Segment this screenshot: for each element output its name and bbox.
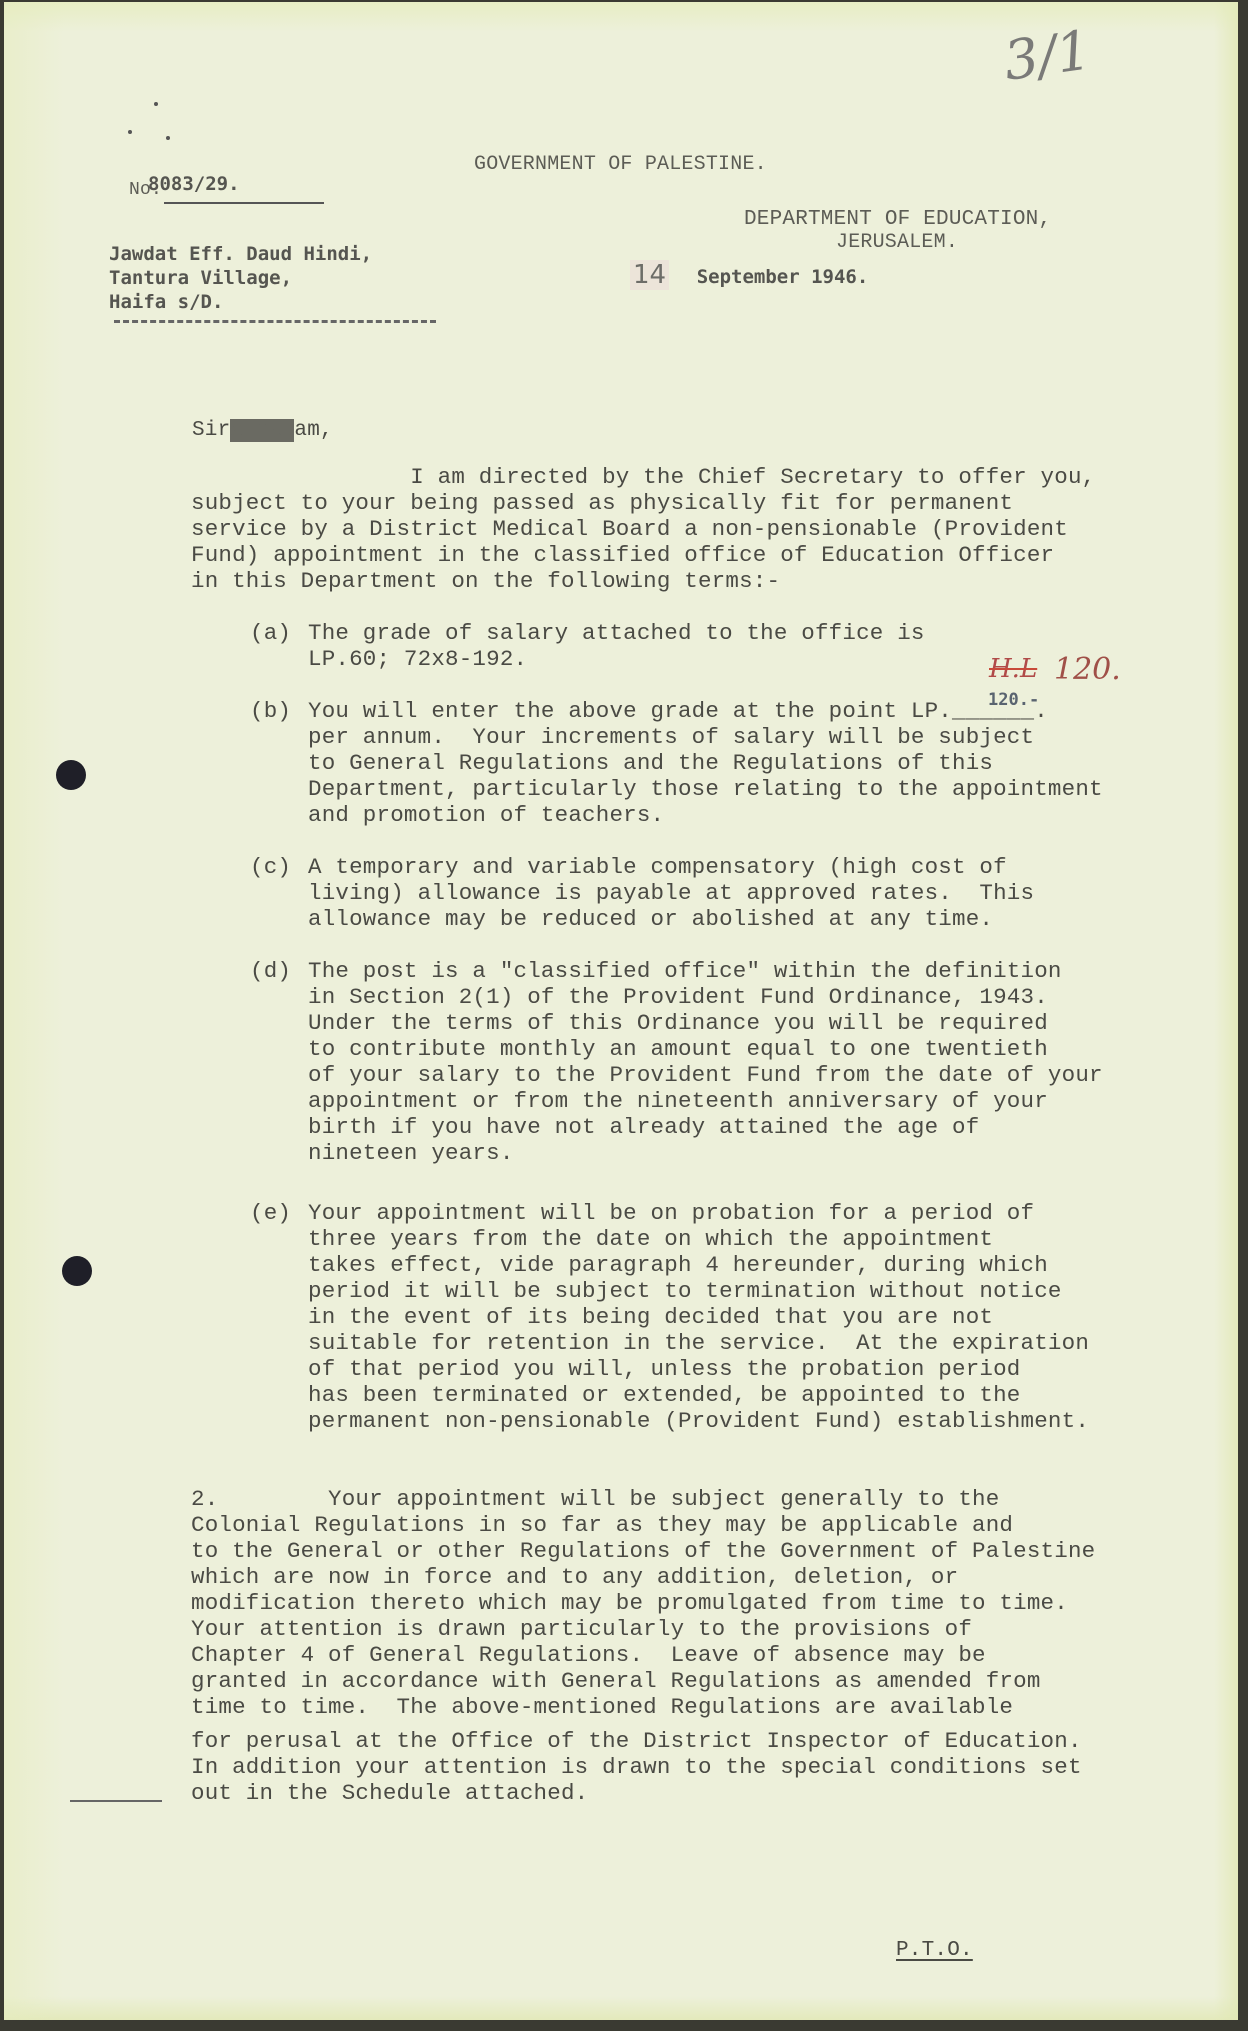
salutation-suffix: am, [294, 419, 332, 442]
term-c: (c) A temporary and variable compensator… [250, 854, 1034, 932]
salutation-prefix: Sir [192, 419, 230, 442]
government-heading: GOVERNMENT OF PALESTINE. [474, 152, 767, 178]
salutation-struck: x Mad [230, 419, 294, 442]
term-e: (e) Your appointment will be on probatio… [250, 1200, 1089, 1434]
term-label: (e) [250, 1200, 291, 1226]
section-line: out in the Schedule attached. [191, 1780, 1095, 1806]
section-line: Your attention is drawn particularly to … [191, 1616, 1095, 1642]
term-label: (d) [250, 958, 291, 984]
section-line: Chapter 4 of General Regulations. Leave … [191, 1642, 1095, 1668]
intro-line: service by a District Medical Board a no… [191, 516, 1095, 542]
sender-city: JERUSALEM. [836, 230, 958, 256]
folio-mark: 3/1 [1000, 18, 1095, 92]
section-line: to the General or other Regulations of t… [191, 1538, 1095, 1564]
term-line: Under the terms of this Ordinance you wi… [308, 1010, 1103, 1036]
term-line: in the event of its being decided that y… [308, 1304, 1089, 1330]
margin-rule [70, 1800, 162, 1802]
intro-line: subject to your being passed as physical… [191, 490, 1095, 516]
term-line: living) allowance is payable at approved… [308, 880, 1034, 906]
ink-speck [128, 130, 132, 134]
letter-page: 3/1 GOVERNMENT OF PALESTINE. No.8083/29.… [4, 2, 1238, 2020]
section-line: In addition your attention is drawn to t… [191, 1754, 1095, 1780]
term-d: (d) The post is a "classified office" wi… [250, 958, 1103, 1166]
reference-underline [164, 202, 324, 204]
term-line: per annum. Your increments of salary wil… [308, 724, 1103, 750]
term-line: and promotion of teachers. [308, 802, 1103, 828]
ink-speck [166, 136, 170, 140]
section-line: Your appointment will be subject general… [191, 1486, 1095, 1512]
section-2: 2. Your appointment will be subject gene… [191, 1486, 1095, 1806]
ink-speck [154, 102, 158, 106]
section-line: for perusal at the Office of the Distric… [191, 1728, 1095, 1754]
section-line: which are now in force and to any additi… [191, 1564, 1095, 1590]
term-line: to General Regulations and the Regulatio… [308, 750, 1103, 776]
term-line: nineteen years. [308, 1140, 1103, 1166]
term-label: (a) [250, 620, 291, 646]
term-line: The grade of salary attached to the offi… [308, 620, 925, 646]
term-line: A temporary and variable compensatory (h… [308, 854, 1034, 880]
addressee-underline [114, 320, 436, 323]
section-number: 2. [191, 1486, 218, 1512]
term-line: birth if you have not already attained t… [308, 1114, 1103, 1140]
term-label: (b) [250, 698, 291, 724]
punch-hole-lower [62, 1256, 92, 1286]
term-label: (c) [250, 854, 291, 880]
amendment-value: 120. [1054, 652, 1121, 687]
amendment-struck-value: H.L [989, 654, 1037, 684]
reference-value: 8083/29. [148, 173, 240, 195]
date-line: 14 September 1946. [630, 260, 868, 290]
salutation: Sirx Madam, [192, 418, 333, 444]
term-line: suitable for retention in the service. A… [308, 1330, 1089, 1356]
punch-hole-upper [56, 760, 86, 790]
intro-line: Fund) appointment in the classified offi… [191, 542, 1095, 568]
term-b: (b) You will enter the above grade at th… [250, 698, 1103, 828]
intro-paragraph: I am directed by the Chief Secretary to … [191, 464, 1095, 594]
term-line: The post is a "classified office" within… [308, 958, 1103, 984]
term-line: to contribute monthly an amount equal to… [308, 1036, 1103, 1062]
addressee-line: Jawdat Eff. Daud Hindi, [109, 242, 372, 266]
term-line: permanent non-pensionable (Provident Fun… [308, 1408, 1089, 1434]
term-line: You will enter the above grade at the po… [308, 698, 1103, 724]
term-line: Department, particularly those relating … [308, 776, 1103, 802]
term-line: allowance may be reduced or abolished at… [308, 906, 1034, 932]
section-line: Colonial Regulations in so far as they m… [191, 1512, 1095, 1538]
term-line: has been terminated or extended, be appo… [308, 1382, 1089, 1408]
term-line: takes effect, vide paragraph 4 hereunder… [308, 1252, 1089, 1278]
pto-footer: P.T.O. [896, 1938, 973, 1964]
reference-number: No.8083/29. [129, 172, 240, 203]
term-line: three years from the date on which the a… [308, 1226, 1089, 1252]
term-line: LP.60; 72x8-192. [308, 646, 925, 672]
term-line: appointment or from the nineteenth anniv… [308, 1088, 1103, 1114]
term-a: (a) The grade of salary attached to the … [250, 620, 925, 672]
term-line: of your salary to the Provident Fund fro… [308, 1062, 1103, 1088]
addressee-line: Haifa s/D. [109, 290, 372, 314]
term-line: of that period you will, unless the prob… [308, 1356, 1089, 1382]
term-line: period it will be subject to termination… [308, 1278, 1089, 1304]
date-day-stamp: 14 [630, 260, 669, 290]
section-line: granted in accordance with General Regul… [191, 1668, 1095, 1694]
intro-line: in this Department on the following term… [191, 568, 1095, 594]
addressee-block: Jawdat Eff. Daud Hindi, Tantura Village,… [109, 242, 372, 314]
term-line: Your appointment will be on probation fo… [308, 1200, 1089, 1226]
date-month-year: September 1946. [697, 266, 869, 288]
intro-line: I am directed by the Chief Secretary to … [191, 464, 1095, 490]
term-line: in Section 2(1) of the Provident Fund Or… [308, 984, 1103, 1010]
section-line: time to time. The above-mentioned Regula… [191, 1694, 1095, 1720]
addressee-line: Tantura Village, [109, 266, 372, 290]
section-line: modification thereto which may be promul… [191, 1590, 1095, 1616]
